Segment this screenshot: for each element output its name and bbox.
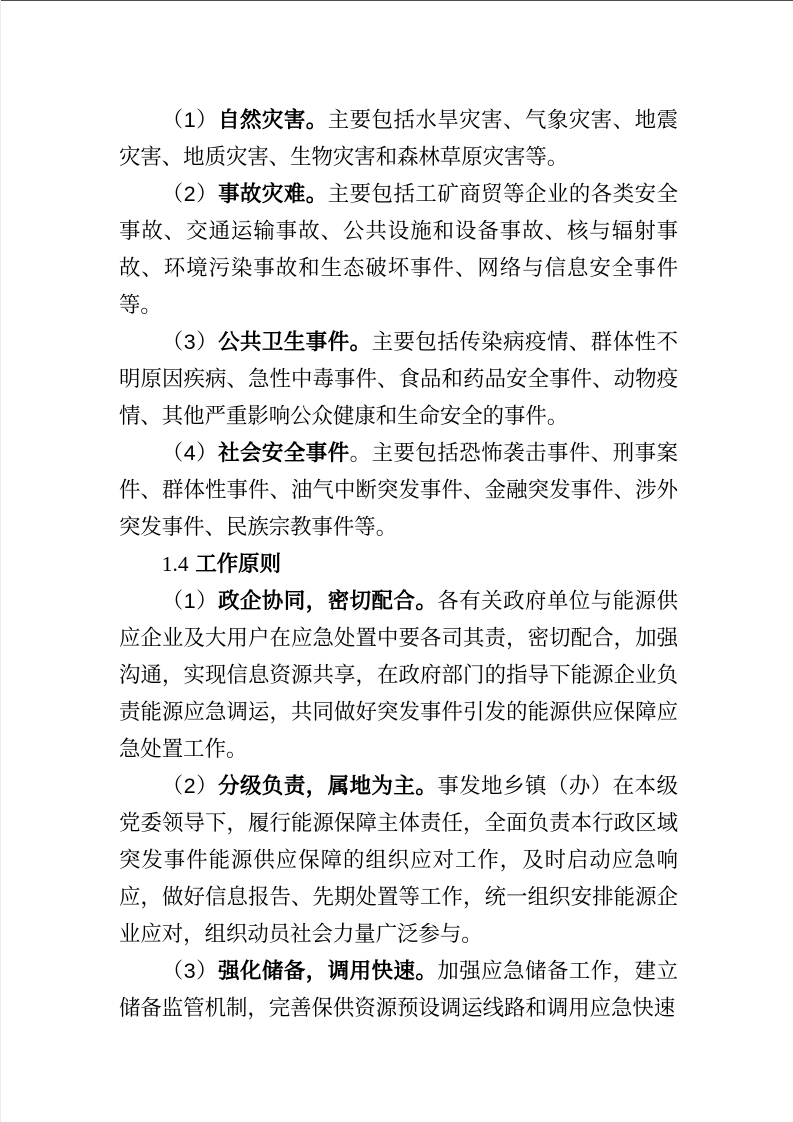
para-principle-coordination: （1）政企协同，密切配合。各有关政府单位与能源供应企业及大用户在应急处置中要各司… <box>119 583 678 768</box>
list-marker: （1） <box>162 108 218 132</box>
list-marker: （3） <box>162 959 218 983</box>
page-top-edge <box>0 0 793 1</box>
para-principle-reserve: （3）强化储备，调用快速。加强应急储备工作，建立储备监管机制，完善保供资源预设调… <box>119 953 678 1027</box>
paragraph-lead: 政企协同，密切配合。 <box>218 589 437 613</box>
paragraph-lead: 公共卫生事件。 <box>218 330 371 354</box>
list-marker: （2） <box>162 182 218 206</box>
paragraph-lead: 分级负责，属地为主。 <box>218 774 437 798</box>
paragraph-lead: 强化储备，调用快速。 <box>218 959 437 983</box>
para-social-security-event: （4）社会安全事件。主要包括恐怖袭击事件、刑事案件、群体性事件、油气中断突发事件… <box>119 435 678 546</box>
section-number: 1.4 <box>162 552 189 576</box>
paragraph-text: 各有关政府单位与能源供应企业及大用户在应急处置中要各司其责，密切配合，加强沟通，… <box>119 589 678 761</box>
para-public-health-event: （3）公共卫生事件。主要包括传染病疫情、群体性不明原因疾病、急性中毒事件、食品和… <box>119 324 678 435</box>
paragraph-lead: 事故灾难。 <box>218 182 328 206</box>
paragraph-text: 事发地乡镇（办）在本级党委领导下，履行能源保障主体责任，全面负责本行政区域突发事… <box>119 774 678 946</box>
para-accident-disaster: （2）事故灾难。主要包括工矿商贸等企业的各类安全事故、交通运输事故、公共设施和设… <box>119 176 678 324</box>
para-principle-hierarchy: （2）分级负责，属地为主。事发地乡镇（办）在本级党委领导下，履行能源保障主体责任… <box>119 768 678 953</box>
document-page-content: （1）自然灾害。主要包括水旱灾害、气象灾害、地震灾害、地质灾害、生物灾害和森林草… <box>119 102 678 1027</box>
list-marker: （3） <box>162 330 218 354</box>
list-marker: （4） <box>162 441 218 465</box>
section-title: 工作原则 <box>195 552 281 576</box>
page-left-edge <box>0 0 1 1122</box>
section-heading-1-4: 1.4工作原则 <box>119 546 678 583</box>
list-marker: （2） <box>162 774 218 798</box>
paragraph-lead: 社会安全事件 <box>218 441 350 465</box>
paragraph-lead: 自然灾害。 <box>218 108 328 132</box>
list-marker: （1） <box>162 589 218 613</box>
para-natural-disaster: （1）自然灾害。主要包括水旱灾害、气象灾害、地震灾害、地质灾害、生物灾害和森林草… <box>119 102 678 176</box>
